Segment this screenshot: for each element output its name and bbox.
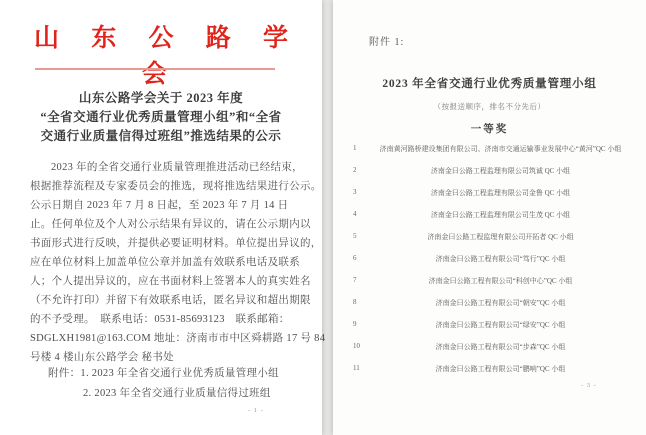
page-2: 附件 1: 2023 年全省交通行业优秀质量管理小组 （按报送顺序，排名不分先后… [333, 0, 646, 435]
page-1: 山 东 公 路 学 会 山东公路学会关于 2023 年度 “全省交通行业优秀质量… [0, 0, 322, 435]
entry-number: 10 [353, 342, 360, 350]
document-title: 山东公路学会关于 2023 年度 “全省交通行业优秀质量管理小组”和“全省 交通… [14, 89, 308, 146]
title-line-1: 山东公路学会关于 2023 年度 [14, 89, 308, 108]
document-viewer: 山 东 公 路 学 会 山东公路学会关于 2023 年度 “全省交通行业优秀质量… [0, 0, 646, 435]
entry-name: 济南金曰公路工程监理有限公司开拓者 QC 小组 [363, 232, 638, 242]
attachment-line: 附件：1. 2023 年全省交通行业优秀质量管理小组 [48, 364, 279, 384]
entry-number: 5 [353, 232, 357, 240]
attachment-list: 附件：1. 2023 年全省交通行业优秀质量管理小组2. 2023 年全省交通行… [48, 364, 279, 403]
entry-name: 济南金曰公路工程有限公司“绿安”QC 小组 [363, 320, 638, 330]
body-text-line: 止。任何单位及个人对公示结果有异议的，请在公示期内以 [30, 215, 298, 234]
title-line-3: 交通行业质量信得过班组”推选结果的公示 [14, 127, 308, 146]
list-item: 5济南金曰公路工程监理有限公司开拓者 QC 小组 [333, 228, 646, 250]
list-item: 9济南金曰公路工程有限公司“绿安”QC 小组 [333, 316, 646, 338]
list-item: 10济南金曰公路工程有限公司“步森”QC 小组 [333, 338, 646, 360]
entry-number: 4 [353, 210, 357, 218]
body-text-line: SDGLXH1981@163.COM 地址：济南市市中区舜耕路 17 号 84 [30, 329, 298, 348]
page-number-2: - 3 - [581, 382, 597, 389]
attachment-line: 2. 2023 年全省交通行业质量信得过班组 [48, 384, 279, 404]
entry-name: 济南金曰公路工程监理有限公司筑诚 QC 小组 [363, 166, 638, 176]
org-name-header: 山 东 公 路 学 会 [0, 18, 322, 90]
entry-name: 济南黄河路桥建设集团有限公司、济南市交通运输事业发展中心“黄河”QC 小组 [363, 144, 638, 154]
awards-list-title: 2023 年全省交通行业优秀质量管理小组 [333, 75, 646, 91]
awards-entries: 1济南黄河路桥建设集团有限公司、济南市交通运输事业发展中心“黄河”QC 小组2济… [333, 140, 646, 382]
entry-number: 8 [353, 298, 357, 306]
list-item: 3济南金曰公路工程监理有限公司金鲁 QC 小组 [333, 184, 646, 206]
awards-list-subtitle: （按报送顺序，排名不分先后） [333, 101, 646, 112]
first-prize-heading: 一等奖 [333, 121, 646, 136]
entry-number: 7 [353, 276, 357, 284]
header-divider [35, 68, 275, 70]
list-item: 8济南金曰公路工程有限公司“朝安”QC 小组 [333, 294, 646, 316]
list-item: 7济南金曰公路工程有限公司“科创中心”QC 小组 [333, 272, 646, 294]
list-item: 1济南黄河路桥建设集团有限公司、济南市交通运输事业发展中心“黄河”QC 小组 [333, 140, 646, 162]
entry-number: 9 [353, 320, 357, 328]
body-text-line: 书面形式进行反映，并提供必要证明材料。单位提出异议的， [30, 234, 298, 253]
attachment-label: 附件 1: [369, 33, 404, 48]
page-number-1: - 1 - [248, 407, 264, 414]
body-text-line: 根据推荐流程及专家委员会的推选，现将推选结果进行公示。 [30, 177, 298, 196]
title-line-2: “全省交通行业优秀质量管理小组”和“全省 [14, 108, 308, 127]
entry-name: 济南金曰公路工程有限公司“鹏响”QC 小组 [363, 364, 638, 374]
entry-name: 济南金曰公路工程有限公司“朝安”QC 小组 [363, 298, 638, 308]
list-item: 2济南金曰公路工程监理有限公司筑诚 QC 小组 [333, 162, 646, 184]
entry-name: 济南金曰公路工程有限公司“科创中心”QC 小组 [363, 276, 638, 286]
list-item: 11济南金曰公路工程有限公司“鹏响”QC 小组 [333, 360, 646, 382]
entry-number: 3 [353, 188, 357, 196]
body-text-line: 2023 年的全省交通行业质量管理推进活动已经结束， [30, 158, 298, 177]
body-text-line: 的不予受理。 联系电话：0531-85693123 联系邮箱： [30, 310, 298, 329]
entry-number: 1 [353, 144, 357, 152]
entry-number: 11 [353, 364, 360, 372]
body-text-line: 应在单位材料上加盖单位公章并加盖有效联系电话及联系 [30, 253, 298, 272]
entry-name: 济南金曰公路工程有限公司“笃行”QC 小组 [363, 254, 638, 264]
entry-number: 2 [353, 166, 357, 174]
list-item: 4济南金曰公路工程监理有限公司生茂 QC 小组 [333, 206, 646, 228]
announcement-body: 2023 年的全省交通行业质量管理推进活动已经结束，根据推荐流程及专家委员会的推… [30, 158, 298, 367]
entry-name: 济南金曰公路工程有限公司“步森”QC 小组 [363, 342, 638, 352]
list-item: 6济南金曰公路工程有限公司“笃行”QC 小组 [333, 250, 646, 272]
entry-name: 济南金曰公路工程监理有限公司金鲁 QC 小组 [363, 188, 638, 198]
body-text-line: （不允许打印）并留下有效联系电话，匿名异议和超出期限 [30, 291, 298, 310]
entry-number: 6 [353, 254, 357, 262]
entry-name: 济南金曰公路工程监理有限公司生茂 QC 小组 [363, 210, 638, 220]
body-text-line: 人；个人提出异议的，应在书面材料上签署本人的真实姓名 [30, 272, 298, 291]
body-text-line: 公示日期自 2023 年 7 月 8 日起，至 2023 年 7 月 14 日 [30, 196, 298, 215]
